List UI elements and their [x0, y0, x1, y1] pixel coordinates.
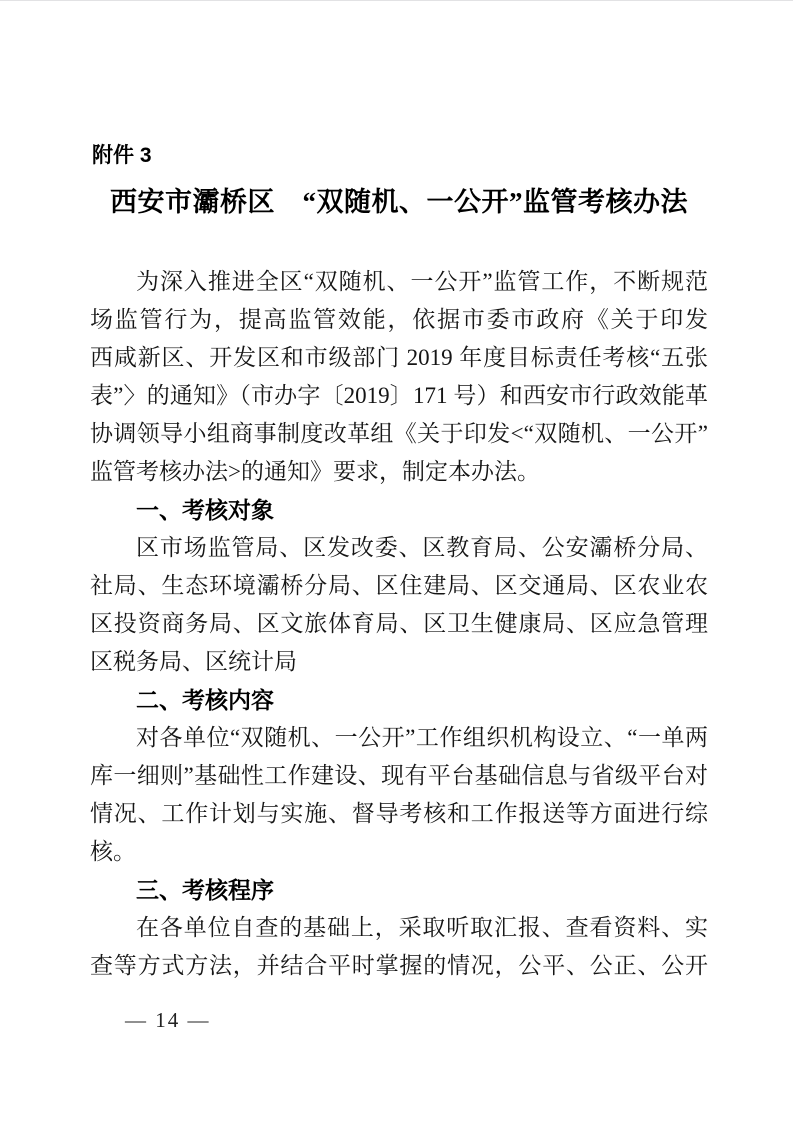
page-number: — 14 — — [125, 1008, 211, 1033]
text-line: 西咸新区、开发区和市级部门 2019 年度目标责任考核“五张报 — [90, 339, 708, 377]
text-line: 区税务局、区统计局 — [90, 643, 708, 681]
text-line: 区市场监管局、区发改委、区教育局、公安灞桥分局、区人 — [90, 529, 708, 567]
text-line: 表”〉的通知》（市办字〔2019〕171 号）和西安市行政效能革命 — [90, 377, 708, 415]
document-body: 为深入推进全区“双随机、一公开”监管工作，不断规范市 场监管行为，提高监管效能，… — [90, 263, 708, 985]
text-line: 协调领导小组商事制度改革组《关于印发<“双随机、一公开” — [90, 415, 708, 453]
text-line: 对各单位“双随机、一公开”工作组织机构设立、“一单两 — [90, 719, 708, 757]
document-page: 附件 3 西安市灞桥区 “双随机、一公开”监管考核办法 为深入推进全区“双随机、… — [0, 0, 793, 1122]
text-line: 为深入推进全区“双随机、一公开”监管工作，不断规范市 — [90, 263, 708, 301]
section-heading-assessment-targets: 一、考核对象 — [90, 491, 708, 529]
text-line: 查等方式方法，并结合平时掌握的情况，公平、公正、公开地进 — [90, 947, 708, 985]
section-heading-assessment-procedure: 三、考核程序 — [90, 871, 708, 909]
text-line: 社局、生态环境灞桥分局、区住建局、区交通局、区农业农村局、 — [90, 567, 708, 605]
text-line: 场监管行为，提高监管效能，依据市委市政府《关于印发〈区县、 — [90, 301, 708, 339]
text-line: 库一细则”基础性工作建设、现有平台基础信息与省级平台对接 — [90, 757, 708, 795]
text-line: 在各单位自查的基础上，采取听取汇报、查看资料、实地核 — [90, 909, 708, 947]
text-line: 监管考核办法>的通知》要求，制定本办法。 — [90, 453, 708, 491]
document-title: 西安市灞桥区 “双随机、一公开”监管考核办法 — [90, 180, 708, 219]
section-heading-assessment-content: 二、考核内容 — [90, 681, 708, 719]
text-line: 核。 — [90, 833, 708, 871]
attachment-label: 附件 3 — [92, 139, 152, 169]
text-line: 情况、工作计划与实施、督导考核和工作报送等方面进行综合考 — [90, 795, 708, 833]
text-line: 区投资商务局、区文旅体育局、区卫生健康局、区应急管理局、 — [90, 605, 708, 643]
